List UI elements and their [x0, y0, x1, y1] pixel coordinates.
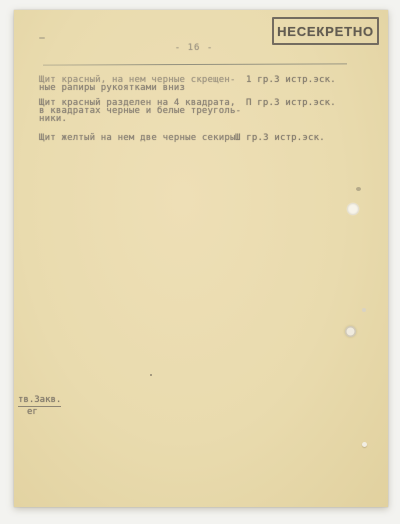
entry-text-line: Щит красный, на нем черные скрещен- [39, 76, 237, 84]
entry-row: Щит желтый на нем две черные секиры Ш гр… [39, 134, 369, 142]
entry-text-line: в квадратах черные и белые треуголь- [39, 107, 237, 115]
entry-unit: Ш гр.3 истр.эск. [235, 134, 325, 142]
paper-speck [150, 374, 152, 376]
paper-speck [362, 442, 367, 447]
paper-speck [362, 308, 366, 312]
entry-description: Щит желтый на нем две черные секиры [39, 134, 237, 142]
entry-text-line: ные рапиры рукоятками вниз [39, 84, 237, 92]
paper-speck [356, 187, 361, 191]
entry-description: Щит красный разделен на 4 квадрата, в кв… [39, 99, 237, 123]
entry-text-line: Щит желтый на нем две черные секиры [39, 134, 237, 142]
unclassified-stamp: НЕСЕКРЕТНО [272, 17, 379, 45]
document-page: НЕСЕКРЕТНО - 16 - Щит красный, на нем че… [14, 10, 388, 507]
signature-block: тв.Закв. ег [18, 396, 61, 417]
paper-speck [39, 37, 45, 39]
entry-unit: П гр.3 истр.эск. [246, 99, 336, 107]
typist-initials: ег [27, 408, 61, 417]
punch-hole [347, 203, 359, 215]
punch-hole [345, 326, 356, 337]
entry-unit: 1 гр.3 истр.эск. [246, 76, 336, 84]
entry-row: Щит красный, на нем черные скрещен- ные … [39, 76, 369, 92]
entries-block: Щит красный, на нем черные скрещен- ные … [39, 76, 369, 142]
page-number: - 16 - [14, 43, 374, 53]
entry-row: Щит красный разделен на 4 квадрата, в кв… [39, 99, 369, 123]
entry-description: Щит красный, на нем черные скрещен- ные … [39, 76, 237, 92]
horizontal-rule [43, 63, 347, 65]
entry-text-line: ники. [39, 115, 237, 123]
unclassified-stamp-text: НЕСЕКРЕТНО [277, 24, 374, 39]
scan-background: НЕСЕКРЕТНО - 16 - Щит красный, на нем че… [0, 0, 400, 524]
signature-abbrev: тв.Закв. [18, 396, 61, 407]
